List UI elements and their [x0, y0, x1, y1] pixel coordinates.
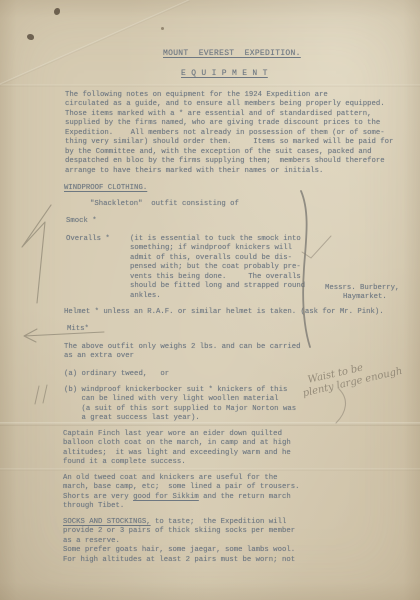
section-heading-socks: SOCKS AND STOCKINGS, — [63, 518, 151, 526]
item-mits: Mits* — [67, 325, 89, 334]
tweed-paragraph: An old tweed coat and knickers are usefu… — [63, 474, 299, 512]
paper-crease — [0, 468, 420, 471]
document-subtitle: E Q U I P M E N T — [181, 69, 268, 78]
document-title: MOUNT EVEREST EXPEDITION. — [163, 49, 301, 58]
closing-bracket-mark — [336, 389, 345, 423]
staple-mark — [27, 34, 34, 40]
item-helmet: Helmet * unless an R.A.F. or similar hel… — [64, 308, 384, 317]
socks-paragraph: SOCKS AND STOCKINGS, to taste; the Exped… — [63, 518, 295, 565]
margin-arrow-icon — [24, 329, 104, 342]
tweed-underlined-phrase: good for Sikkim — [133, 493, 199, 501]
weight-note: The above outfit only weighs 2 lbs. and … — [64, 343, 300, 362]
emphasis-tick-marks — [35, 385, 47, 404]
option-a: (a) ordinary tweed, or — [64, 370, 169, 379]
intro-paragraph: The following notes on equipment for the… — [65, 91, 393, 176]
staple-mark — [54, 8, 60, 15]
section-heading-windproof: WINDPROOF CLOTHING. — [64, 184, 147, 193]
shackleton-line: "Shackleton" outfit consisting of — [90, 200, 239, 209]
paper-corner-crease — [0, 0, 190, 99]
paper-crease — [0, 84, 420, 87]
paper-speck — [161, 27, 164, 30]
item-overalls-label: Overalls * — [66, 235, 110, 244]
supplier-address: Haymarket. — [343, 293, 387, 302]
margin-zigzag-mark — [22, 205, 51, 303]
check-mark-icon — [302, 236, 331, 258]
document-page: MOUNT EVEREST EXPEDITION. E Q U I P M E … — [0, 0, 420, 600]
option-b: (b) windproof knickerbocker suit * knick… — [64, 386, 296, 424]
finch-paragraph: Captain Finch last year wore an eider do… — [63, 430, 291, 468]
item-overalls-note: (it is essential to tuck the smock into … — [130, 235, 305, 301]
handwritten-margin-note: Waist to be plenty large enough — [299, 348, 420, 401]
item-smock: Smock * — [66, 217, 97, 226]
